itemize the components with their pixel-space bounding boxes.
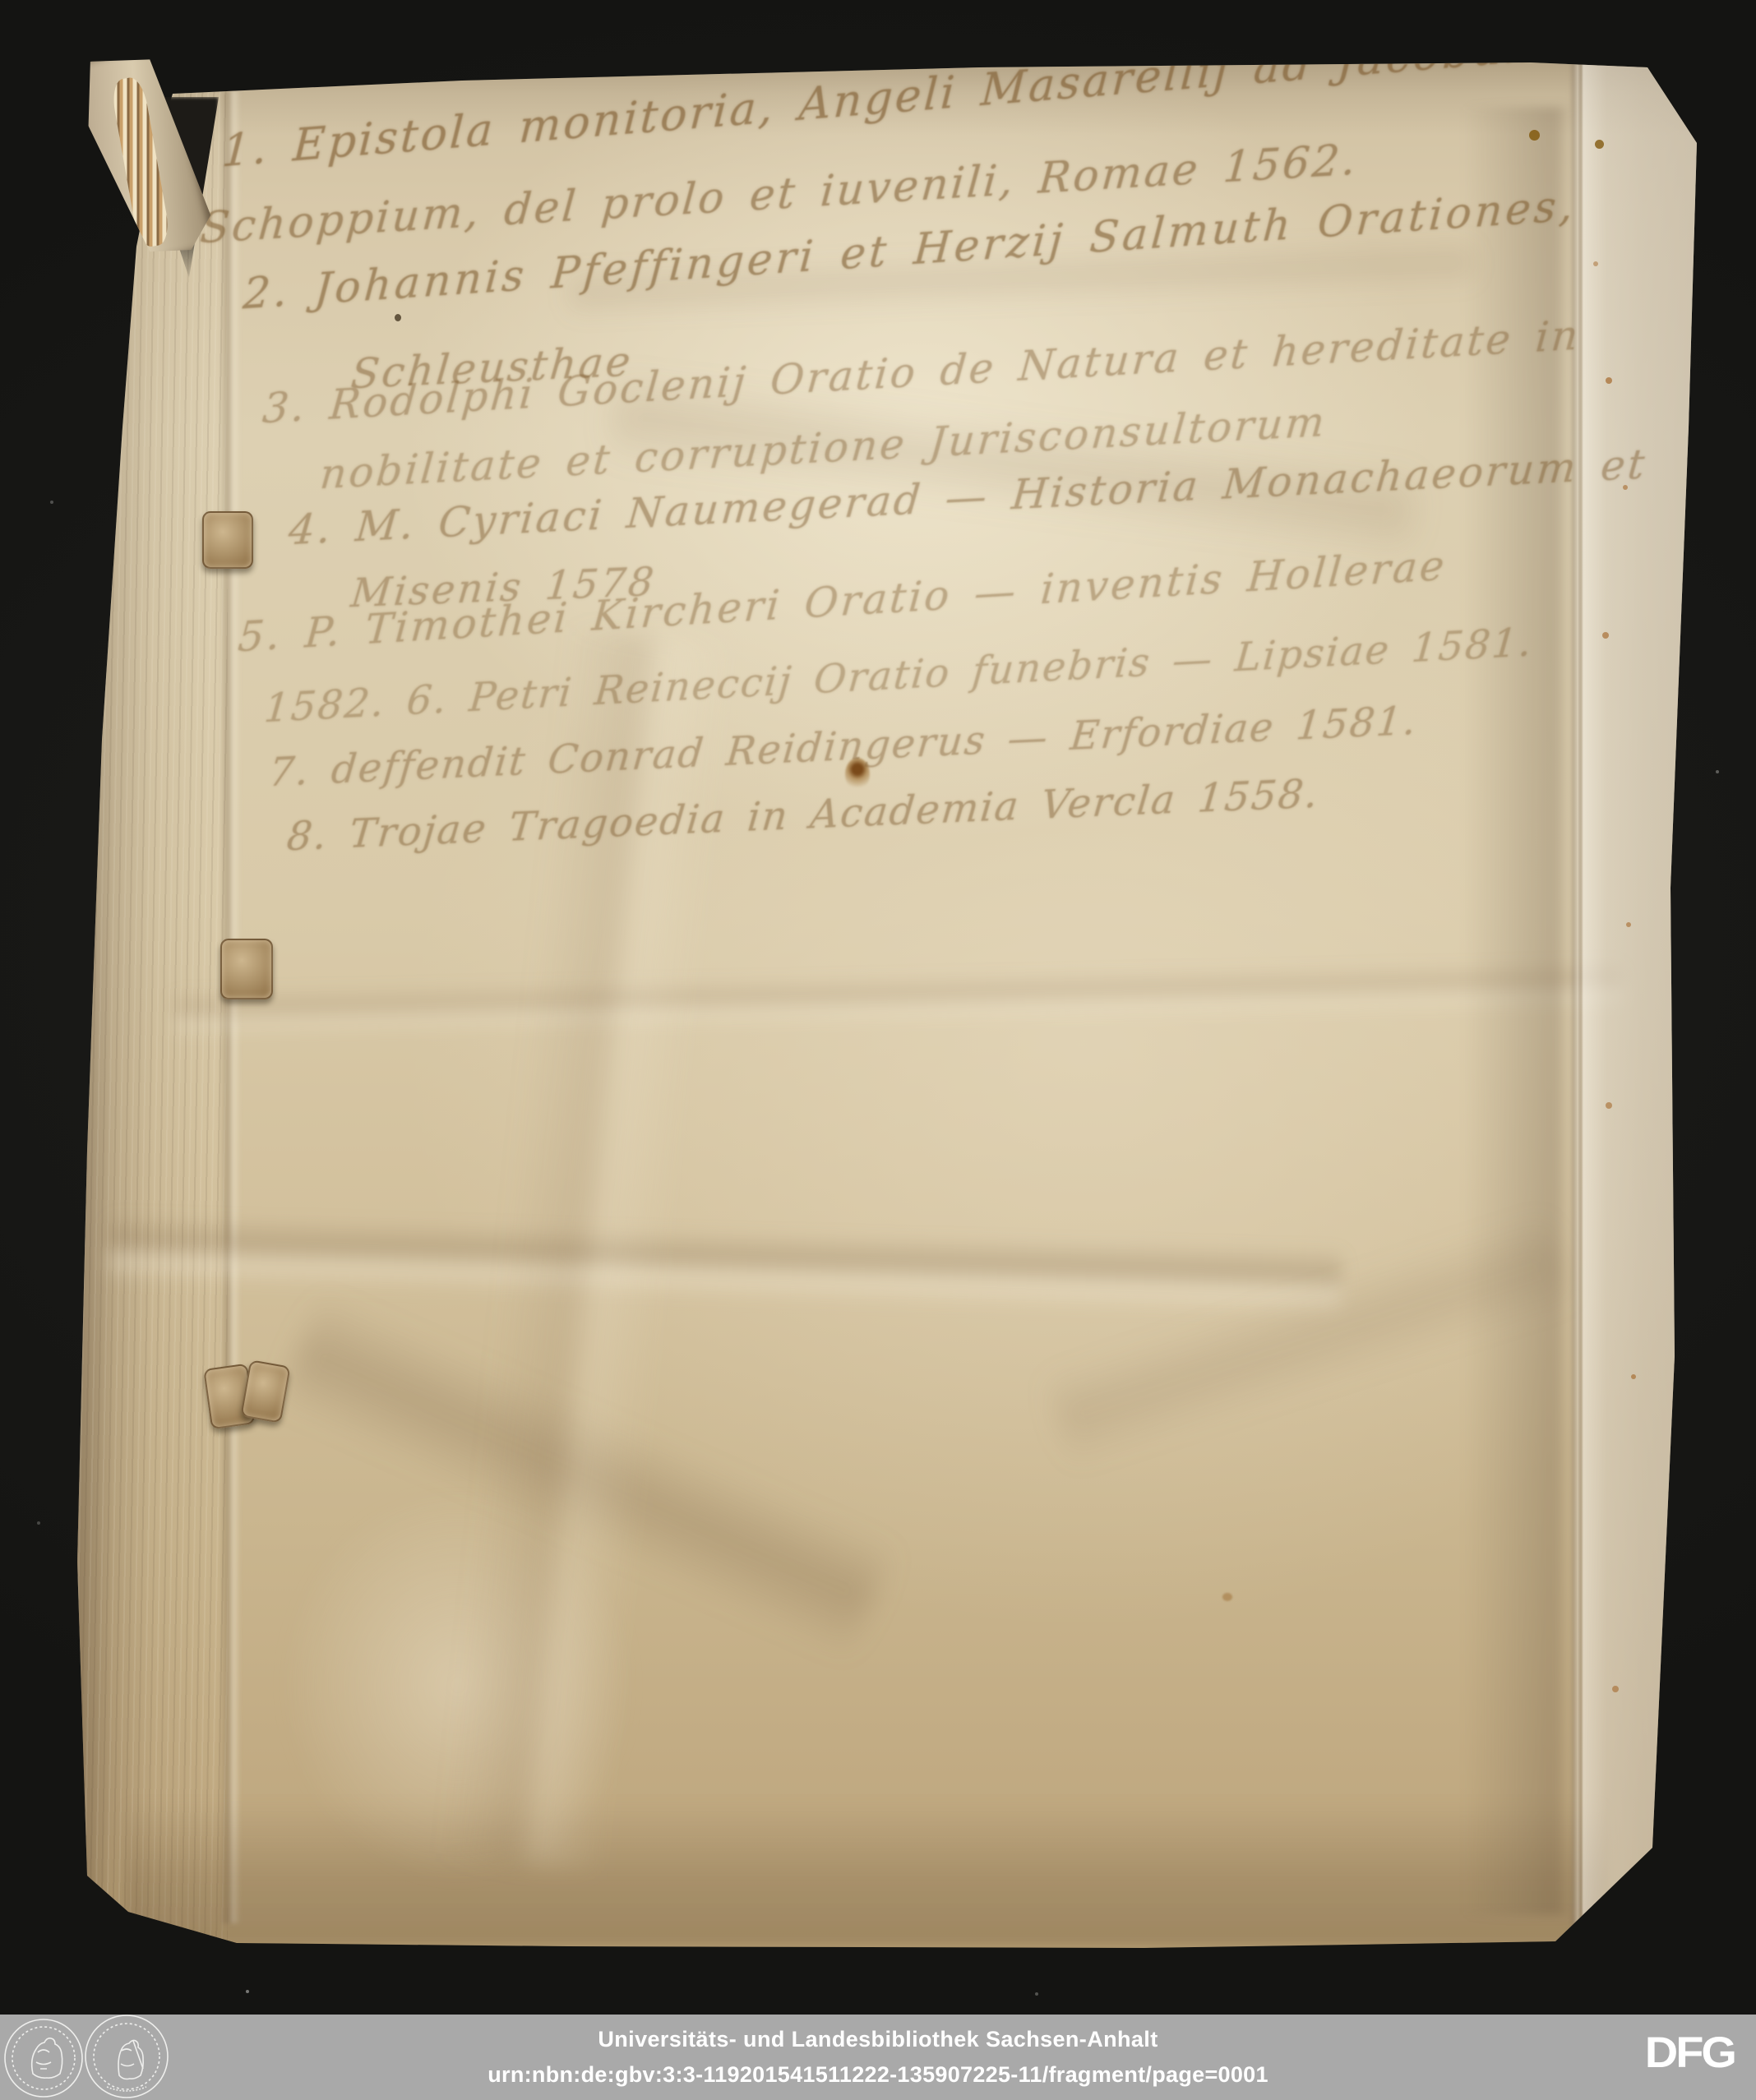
urn-label: urn:nbn:de:gbv:3:3-119201541511222-13590… bbox=[488, 2064, 1268, 2086]
foxing-spots bbox=[76, 58, 81, 62]
exposed-quires bbox=[109, 76, 171, 248]
institution-label: Universitäts- und Landesbibliothek Sachs… bbox=[598, 2028, 1158, 2051]
footer-bar: Universitäts- und Landesbibliothek Sachs… bbox=[0, 2015, 1756, 2100]
dfg-logo: DFG bbox=[1645, 2030, 1735, 2074]
handwriting-block: 1. Epistola monitoria, Angeli Masarellij… bbox=[76, 58, 1699, 1955]
scan-page: 1. Epistola monitoria, Angeli Masarellij… bbox=[0, 0, 1756, 2100]
footer-text: Universitäts- und Landesbibliothek Sachs… bbox=[0, 2015, 1756, 2100]
book-cover: 1. Epistola monitoria, Angeli Masarellij… bbox=[76, 58, 1699, 1955]
dust-specks bbox=[0, 0, 2, 2]
